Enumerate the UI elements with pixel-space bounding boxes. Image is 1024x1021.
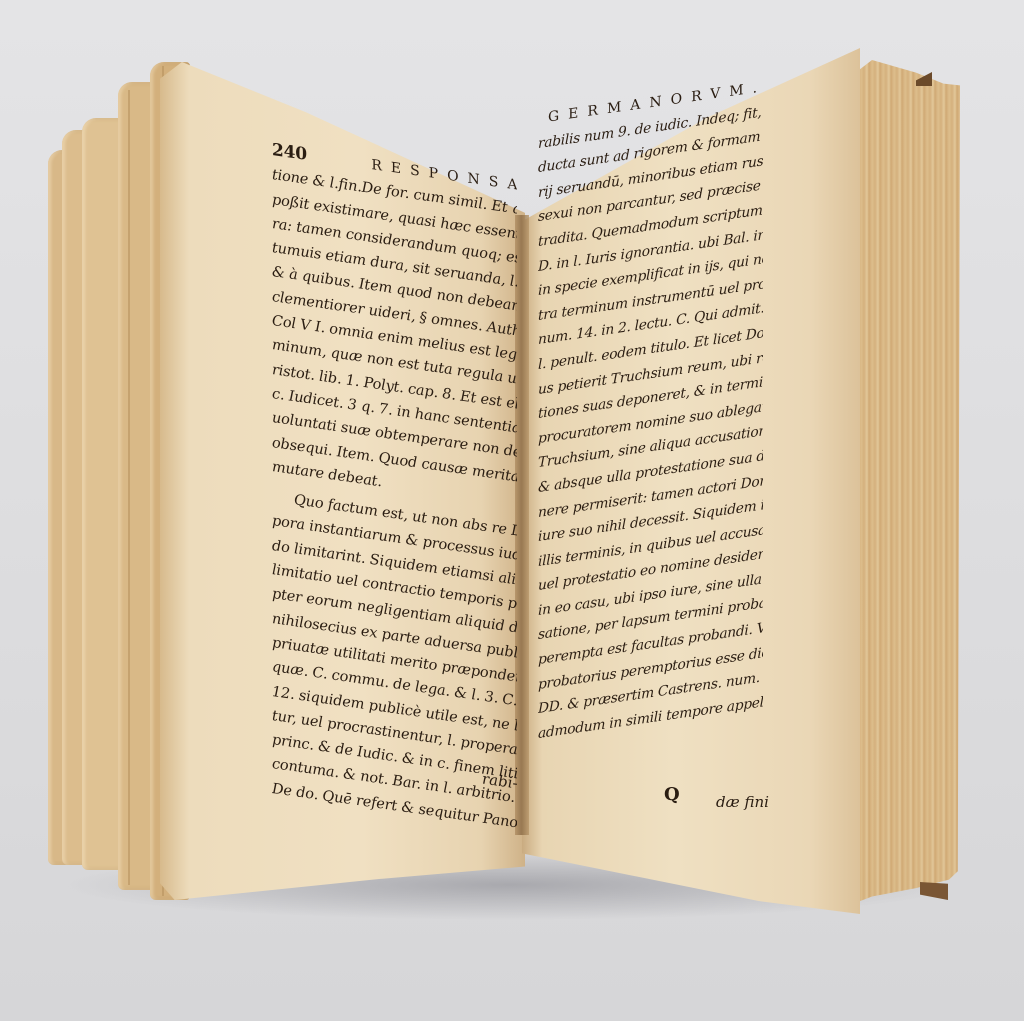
right-page-edges [850, 60, 960, 905]
page-edge-line [128, 90, 130, 885]
book-gutter [515, 215, 529, 835]
right-catchword: dæ fini [716, 793, 769, 811]
right-page-text: GERMANORVM. 241 rabilis num 9. de iudic.… [538, 78, 763, 746]
photo-scene: 240 RESPONSA tione & l.fin.De for. cum s… [0, 0, 1024, 1021]
signature-mark: Q [664, 784, 680, 805]
left-page-number: 240 [272, 140, 307, 165]
left-page-text: 240 RESPONSA tione & l.fin.De for. cum s… [272, 138, 517, 835]
